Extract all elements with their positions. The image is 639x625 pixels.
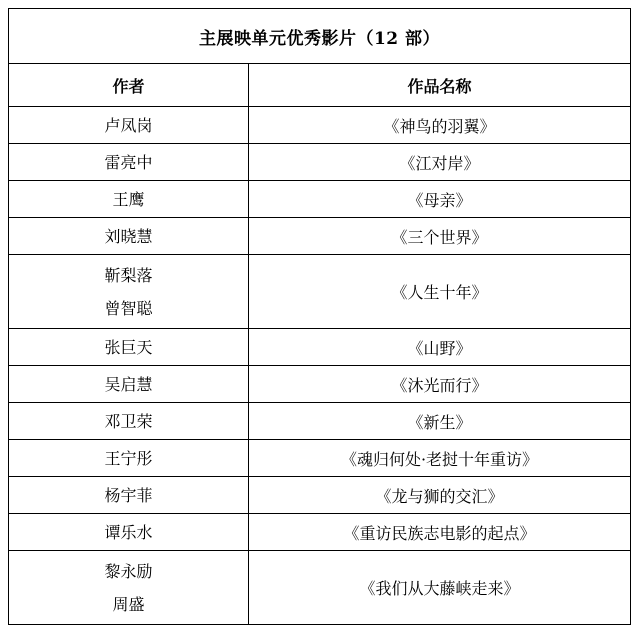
work-cell: 《我们从大藤峡走来》 <box>249 551 631 625</box>
table-row: 邓卫荣《新生》 <box>9 403 631 440</box>
table-row: 吴启慧《沐光而行》 <box>9 366 631 403</box>
author-cell: 卢凤岗 <box>9 107 249 144</box>
author-name: 王宁彤 <box>9 450 248 467</box>
table-row: 杨宇菲《龙与狮的交汇》 <box>9 477 631 514</box>
award-films-table: 主展映单元优秀影片（12 部） 作者 作品名称 卢凤岗《神鸟的羽翼》雷亮中《江对… <box>8 8 631 625</box>
author-name: 周盛 <box>9 596 248 613</box>
table-row: 王鹰《母亲》 <box>9 181 631 218</box>
work-cell: 《龙与狮的交汇》 <box>249 477 631 514</box>
table-row: 张巨天《山野》 <box>9 329 631 366</box>
work-cell: 《母亲》 <box>249 181 631 218</box>
column-header-work: 作品名称 <box>249 64 631 107</box>
table-row: 刘晓慧《三个世界》 <box>9 218 631 255</box>
author-cell: 王鹰 <box>9 181 249 218</box>
table-row: 谭乐水《重访民族志电影的起点》 <box>9 514 631 551</box>
author-name: 谭乐水 <box>9 524 248 541</box>
author-name: 王鹰 <box>9 191 248 208</box>
work-cell: 《神鸟的羽翼》 <box>249 107 631 144</box>
table-header-row: 作者 作品名称 <box>9 64 631 107</box>
author-cell: 王宁彤 <box>9 440 249 477</box>
work-cell: 《三个世界》 <box>249 218 631 255</box>
author-name: 曾智聪 <box>9 300 248 317</box>
author-name: 邓卫荣 <box>9 413 248 430</box>
author-name: 黎永励 <box>9 563 248 580</box>
author-cell: 谭乐水 <box>9 514 249 551</box>
document-page: 主展映单元优秀影片（12 部） 作者 作品名称 卢凤岗《神鸟的羽翼》雷亮中《江对… <box>0 0 639 618</box>
table-row: 雷亮中《江对岸》 <box>9 144 631 181</box>
work-cell: 《魂归何处·老挝十年重访》 <box>249 440 631 477</box>
work-cell: 《沐光而行》 <box>249 366 631 403</box>
author-cell: 雷亮中 <box>9 144 249 181</box>
author-cell: 靳梨落曾智聪 <box>9 255 249 329</box>
author-name: 卢凤岗 <box>9 117 248 134</box>
work-cell: 《江对岸》 <box>249 144 631 181</box>
work-cell: 《新生》 <box>249 403 631 440</box>
author-cell: 吴启慧 <box>9 366 249 403</box>
author-name: 雷亮中 <box>9 154 248 171</box>
table-title: 主展映单元优秀影片（12 部） <box>9 9 631 64</box>
table-row: 靳梨落曾智聪《人生十年》 <box>9 255 631 329</box>
table-row: 黎永励周盛《我们从大藤峡走来》 <box>9 551 631 625</box>
work-cell: 《山野》 <box>249 329 631 366</box>
author-name: 杨宇菲 <box>9 487 248 504</box>
column-header-author: 作者 <box>9 64 249 107</box>
table-title-row: 主展映单元优秀影片（12 部） <box>9 9 631 64</box>
author-name: 吴启慧 <box>9 376 248 393</box>
author-cell: 张巨天 <box>9 329 249 366</box>
work-cell: 《人生十年》 <box>249 255 631 329</box>
author-name: 靳梨落 <box>9 267 248 284</box>
author-cell: 邓卫荣 <box>9 403 249 440</box>
table-row: 卢凤岗《神鸟的羽翼》 <box>9 107 631 144</box>
table-row: 王宁彤《魂归何处·老挝十年重访》 <box>9 440 631 477</box>
work-cell: 《重访民族志电影的起点》 <box>249 514 631 551</box>
author-name: 刘晓慧 <box>9 228 248 245</box>
author-name: 张巨天 <box>9 339 248 356</box>
author-cell: 黎永励周盛 <box>9 551 249 625</box>
author-cell: 杨宇菲 <box>9 477 249 514</box>
author-cell: 刘晓慧 <box>9 218 249 255</box>
